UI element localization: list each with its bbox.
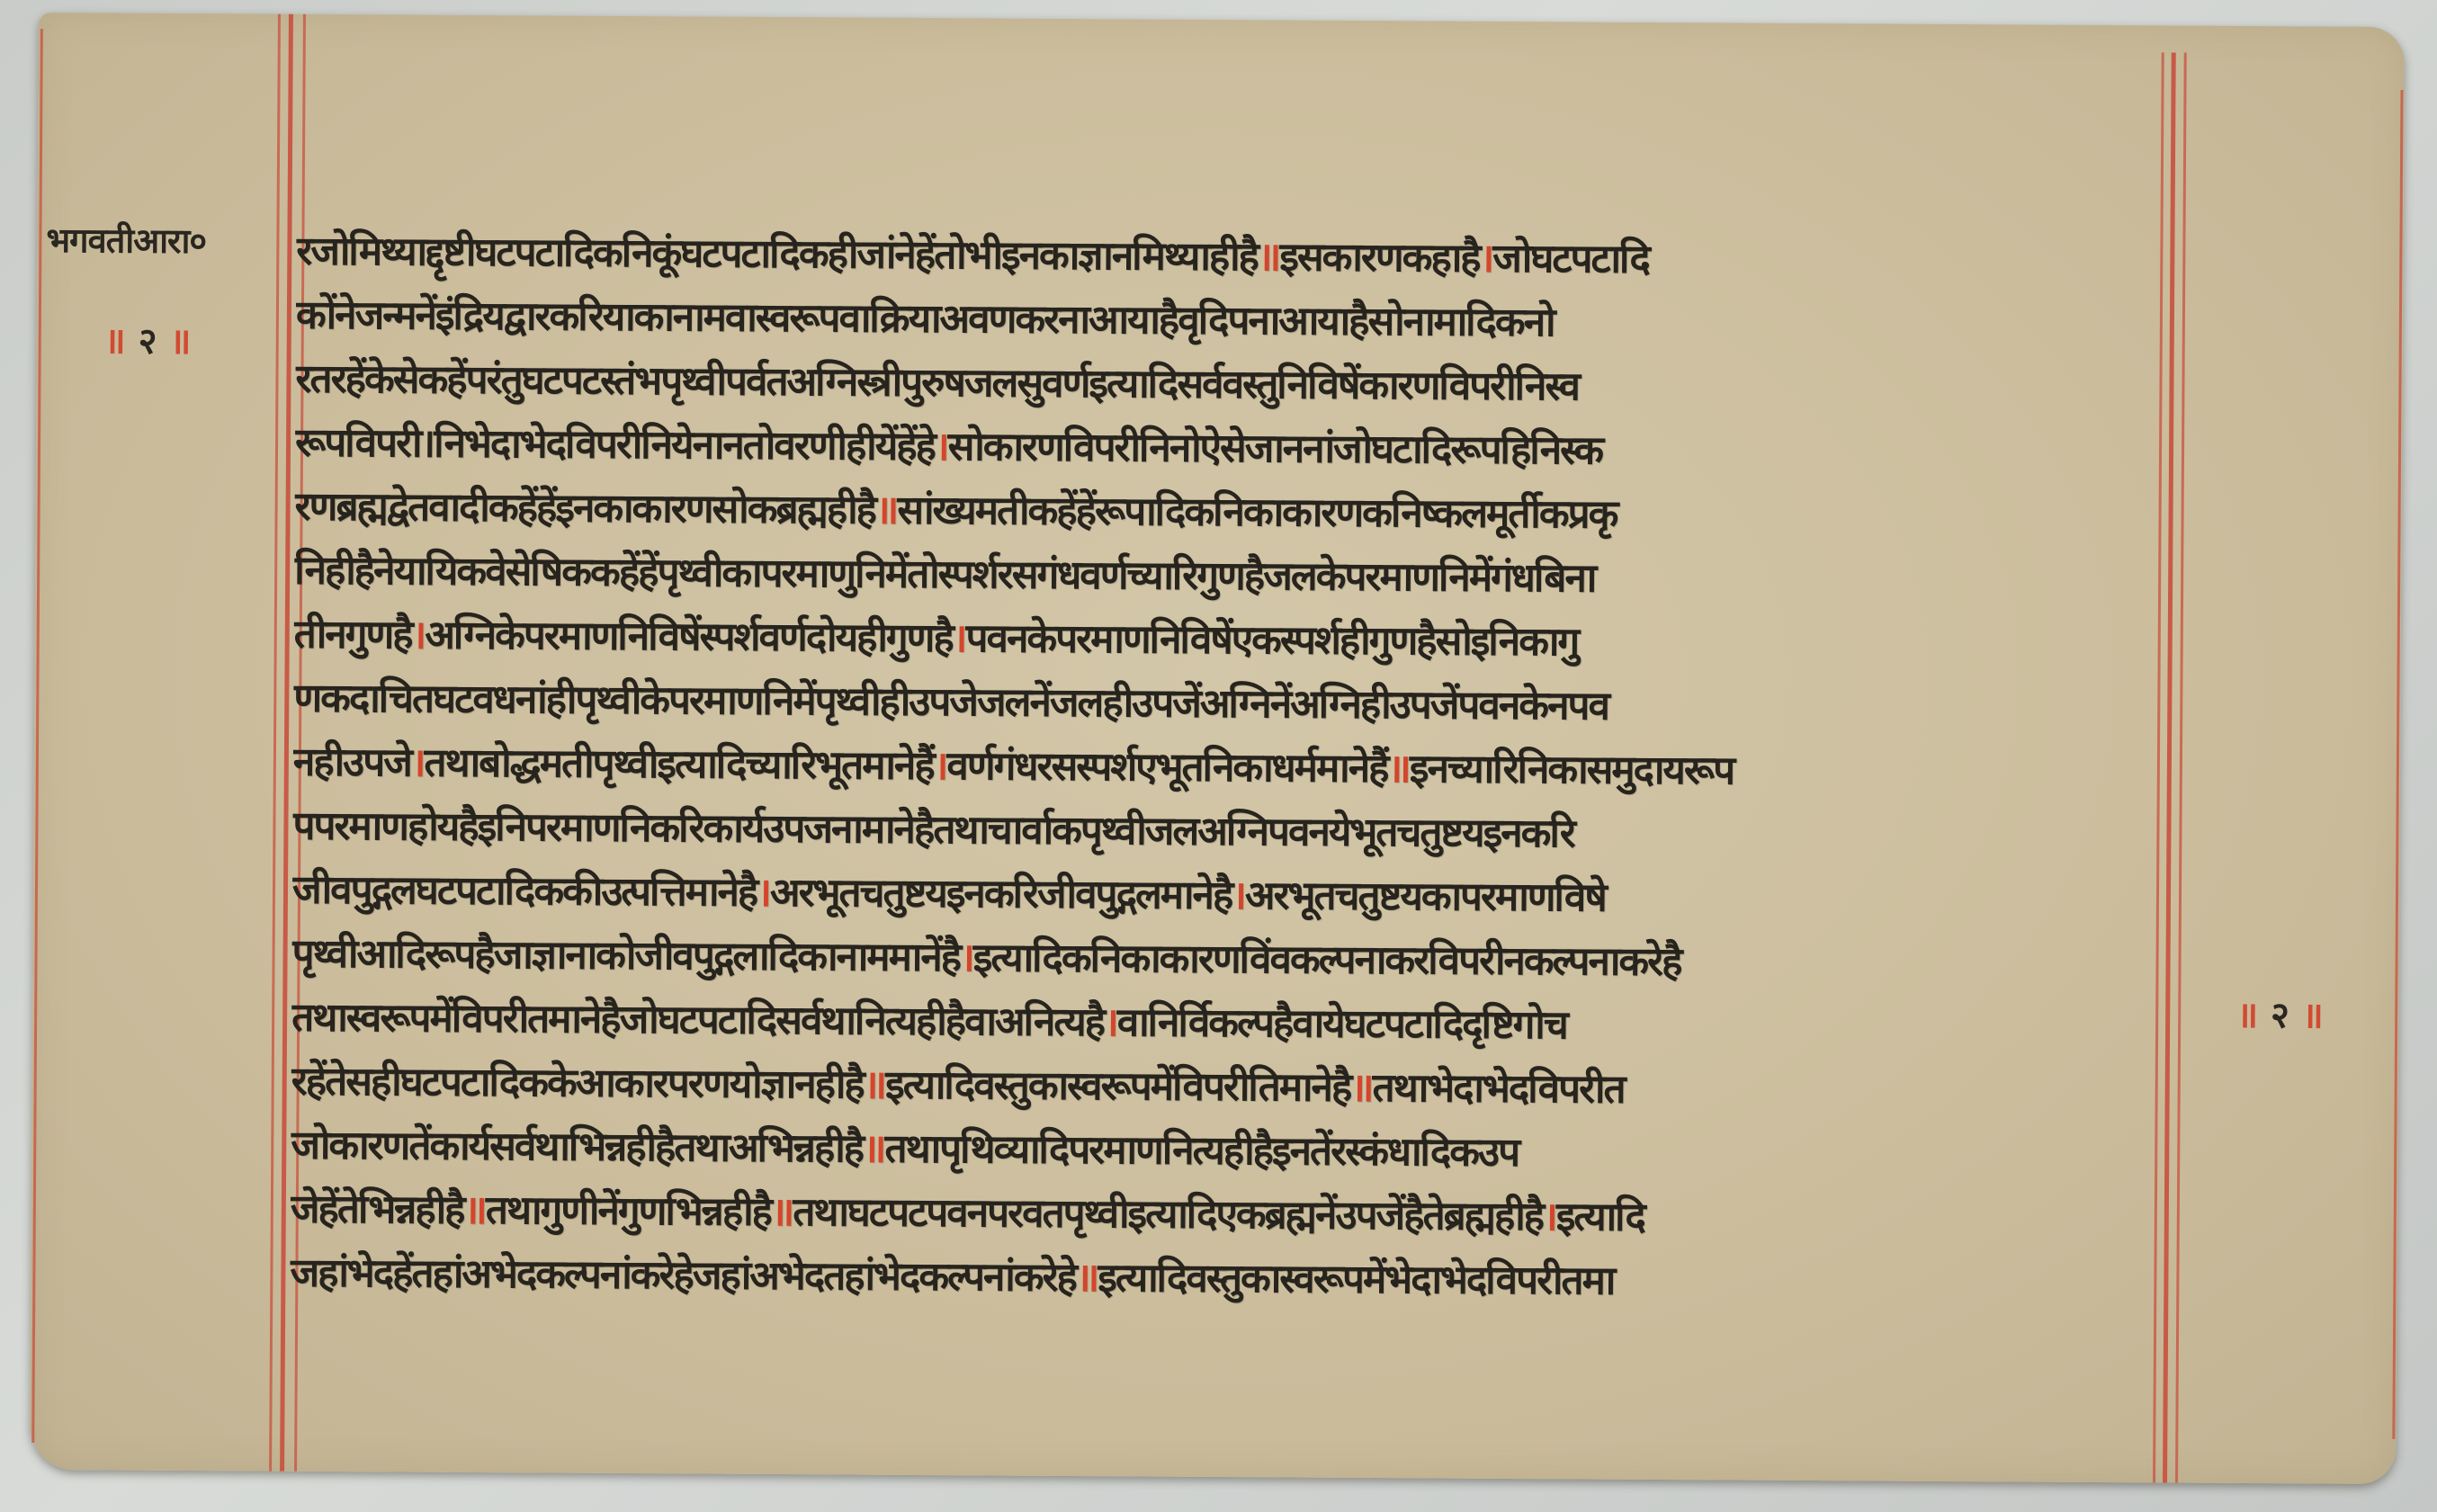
- danda-close: ॥: [2302, 995, 2324, 1036]
- text-segment: जोकारणतेंकार्यसर्वथाभिन्नहीहैतथाअभिन्नही…: [291, 1123, 863, 1172]
- outer-right-rule: [2392, 90, 2403, 1439]
- text-segment: अरभूतचतुष्टयइनकरिजीवपुद्गलमानेहै: [770, 870, 1232, 918]
- text-line: नहीउपजे।तथाबोद्धमतीपृथ्वीइत्यादिच्यारिभू…: [293, 730, 2187, 806]
- text-line: जीवपुद्गलघटपटादिककीउत्पत्तिमानेहै।अरभूतच…: [292, 858, 2186, 934]
- text-segment: णकदाचितघटवधनांहीपृथ्वीकेपरमाणनिमेंपृथ्वी…: [293, 675, 1608, 729]
- text-segment: नहीउपजे: [293, 739, 411, 786]
- manuscript-folio: भगवतीआरा० ॥ २ ॥ ॥ २ ॥ रजोमिथ्याद्दृष्टीघ…: [30, 13, 2405, 1484]
- text-segment: जेहेंतेभिन्नहीहै: [291, 1186, 464, 1233]
- text-segment: तीनगुणहै: [294, 612, 412, 658]
- danda-open: ॥: [104, 320, 126, 362]
- text-segment: रजोमिथ्याद्दृष्टीघटपटादिकनिकूंघटपटादिकही…: [296, 228, 1258, 281]
- left-folio-number: ॥ २ ॥: [104, 314, 192, 364]
- text-line: पपरमाणहोयहैइनिपरमाणनिकरिकार्यउपजनामानेहै…: [292, 794, 2186, 870]
- text-segment: जहांभेदहेंतहांअभेदकल्पनांकरेहेजहांअभेदतह…: [290, 1250, 1076, 1301]
- rubric-danda: ॥: [1350, 1065, 1373, 1111]
- rubric-danda: ।: [934, 743, 947, 789]
- text-segment: रूपविपरी।निभेदाभेदविपरीनियेनानतोवरणीहीये…: [295, 420, 935, 470]
- text-segment: पृथ्वीआदिरूपहैजाज्ञानाकोजीवपुद्गलादिकाना…: [291, 931, 960, 981]
- rubric-danda: ।: [411, 613, 425, 658]
- text-line: कोंनेजन्मनेंइंद्रियद्वारकरियाकानामवास्वर…: [296, 283, 2190, 359]
- text-segment: तथागुणीनेंगुणभिन्नहीहै: [486, 1187, 771, 1235]
- text-segment: इत्यादिवस्तुकास्वरूपमेंविपरीतिमानेहै: [885, 1062, 1350, 1111]
- text-segment: रहेंतेसहीघटपटादिककेआकारपरणयोज्ञानहीहै: [291, 1059, 864, 1108]
- text-segment: इनच्यारिनिकासमुदायरूप: [1410, 746, 1734, 793]
- left-margin-rule-1: [269, 14, 281, 1472]
- text-segment: इत्यादि: [1556, 1194, 1644, 1240]
- text-segment: पवनकेपरमाणनिविषेंएकस्पर्शहीगुणहैसोइनिकाग…: [965, 615, 1578, 665]
- text-segment: वर्णगंधरसस्पर्शएभूतनिकाधर्ममानेहैं: [946, 743, 1387, 792]
- manuscript-text-block: रजोमिथ्याद्दृष्टीघटपटादिकनिकूंघटपटादिकही…: [290, 219, 2190, 1317]
- text-segment: जोघटपटादि: [1492, 236, 1649, 282]
- text-segment: तथास्वरूपमेंविपरीतमानेहैजोघटपटादिसर्वथान…: [291, 995, 1104, 1046]
- text-segment: तथाबोद्धमतीपृथ्वीइत्यादिच्यारिभूतमानेहैं: [424, 740, 933, 789]
- text-line: पृथ्वीआदिरूपहैजाज्ञानाकोजीवपुद्गलादिकाना…: [291, 922, 2185, 998]
- text-line: निहीहैनेयायिकवेसेषिककहेंहेंपृथ्वीकापरमाण…: [294, 539, 2188, 614]
- rubric-danda: ॥: [864, 1062, 886, 1108]
- text-line: जेहेंतेभिन्नहीहै॥तथागुणीनेंगुणभिन्नहीहै॥…: [291, 1177, 2184, 1253]
- rubric-danda: ।: [953, 615, 966, 661]
- text-segment: तथाभेदाभेदविपरीत: [1372, 1065, 1624, 1113]
- margin-title: भगवतीआरा०: [46, 216, 206, 264]
- text-segment: इत्यादिकनिकाकारणविंवकल्पनाकरविपरीनकल्पना…: [973, 935, 1681, 985]
- right-folio-number: ॥ २ ॥: [2236, 989, 2324, 1039]
- rubric-danda: ॥: [863, 1126, 885, 1172]
- rubric-danda: ।: [1104, 999, 1117, 1045]
- text-segment: इत्यादिवस्तुकास्वरूपमेंभेदाभेदविपरीतमा: [1098, 1255, 1614, 1304]
- text-line: रतरहेंकेसेकहेंपरंतुघटपटस्तंभपृथ्वीपर्वतअ…: [295, 347, 2189, 423]
- danda-close: ॥: [169, 321, 191, 362]
- rubric-danda: ॥: [875, 488, 898, 533]
- rubric-danda: ।: [960, 935, 973, 980]
- rubric-danda: ।: [1479, 236, 1492, 282]
- text-segment: जीवपुद्गलघटपटादिककीउत्पत्तिमानेहै: [292, 867, 757, 916]
- text-segment: कोंनेजन्मनेंइंद्रियद्वारकरियाकानामवास्वर…: [296, 292, 1554, 346]
- danda-open: ॥: [2236, 995, 2258, 1036]
- rubric-danda: ।: [1232, 872, 1245, 918]
- text-line: रणब्रह्मद्वेतवादीकहेंहेंइनकाकारणसोकब्रह्…: [294, 475, 2188, 550]
- rubric-danda: ।: [411, 740, 425, 786]
- text-line: रूपविपरी।निभेदाभेदविपरीनियेनानतोवरणीहीये…: [295, 411, 2189, 487]
- text-line: तथास्वरूपमेंविपरीतमानेहैजोघटपटादिसर्वथान…: [291, 986, 2185, 1061]
- rubric-danda: ॥: [1258, 234, 1280, 280]
- text-segment: रतरहेंकेसेकहेंपरंतुघटपटस्तंभपृथ्वीपर्वतअ…: [295, 356, 1579, 410]
- text-segment: इसकारणकहाहै: [1279, 234, 1480, 281]
- text-segment: सोकारणविपरीनिनोऐसेजाननांजोघटादिरूपहिनिस्…: [947, 424, 1602, 473]
- rubric-danda: ।: [757, 870, 770, 916]
- text-segment: तथाघटपटपवनपरवतपृथ्वीइत्यादिएकब्रह्मनेंउप…: [793, 1189, 1543, 1239]
- text-segment: पपरमाणहोयहैइनिपरमाणनिकरिकार्यउपजनामानेहै…: [292, 803, 1574, 857]
- rubric-danda: ।: [935, 424, 948, 470]
- text-line: जोकारणतेंकार्यसर्वथाभिन्नहीहैतथाअभिन्नही…: [291, 1114, 2184, 1189]
- folio-numeral: २: [2271, 995, 2289, 1036]
- outer-left-rule: [31, 29, 43, 1443]
- rubric-danda: ॥: [463, 1187, 486, 1233]
- text-line: जहांभेदहेंतहांअभेदकल्पनांकरेहेजहांअभेदतह…: [290, 1241, 2183, 1317]
- rubric-danda: ॥: [1076, 1255, 1098, 1301]
- text-line: णकदाचितघटवधनांहीपृथ्वीकेपरमाणनिमेंपृथ्वी…: [293, 667, 2187, 742]
- folio-numeral: २: [139, 321, 157, 362]
- text-segment: रणब्रह्मद्वेतवादीकहेंहेंइनकाकारणसोकब्रह्…: [294, 484, 875, 533]
- text-segment: अग्निकेपरमाणनिविषेंस्पर्शवर्णदोयहीगुणहै: [425, 613, 953, 662]
- rubric-danda: ।: [1543, 1194, 1556, 1239]
- text-segment: तथापृथिव्यादिपरमाणनित्यहीहैइनतेंरस्कंधाद…: [884, 1126, 1519, 1176]
- text-line: रजोमिथ्याद्दृष्टीघटपटादिकनिकूंघटपटादिकही…: [296, 219, 2190, 295]
- text-line: रहेंतेसहीघटपटादिककेआकारपरणयोज्ञानहीहै॥इत…: [291, 1050, 2185, 1125]
- text-segment: निहीहैनेयायिकवेसेषिककहेंहेंपृथ्वीकापरमाण…: [294, 548, 1595, 602]
- text-segment: अरभूतचतुष्टयकापरमाणविषे: [1245, 872, 1606, 920]
- rubric-danda: ॥: [771, 1189, 793, 1235]
- rubric-danda: ॥: [1387, 746, 1410, 792]
- text-segment: वानिर्विकल्पहैवायेघटपटादिदृष्टिगोच: [1117, 999, 1567, 1048]
- text-segment: सांख्यमतीकहेंहेंरूपादिकनिकाकारणकनिष्कलमू…: [897, 488, 1617, 538]
- text-line: तीनगुणहै।अग्निकेपरमाणनिविषेंस्पर्शवर्णदो…: [294, 603, 2188, 678]
